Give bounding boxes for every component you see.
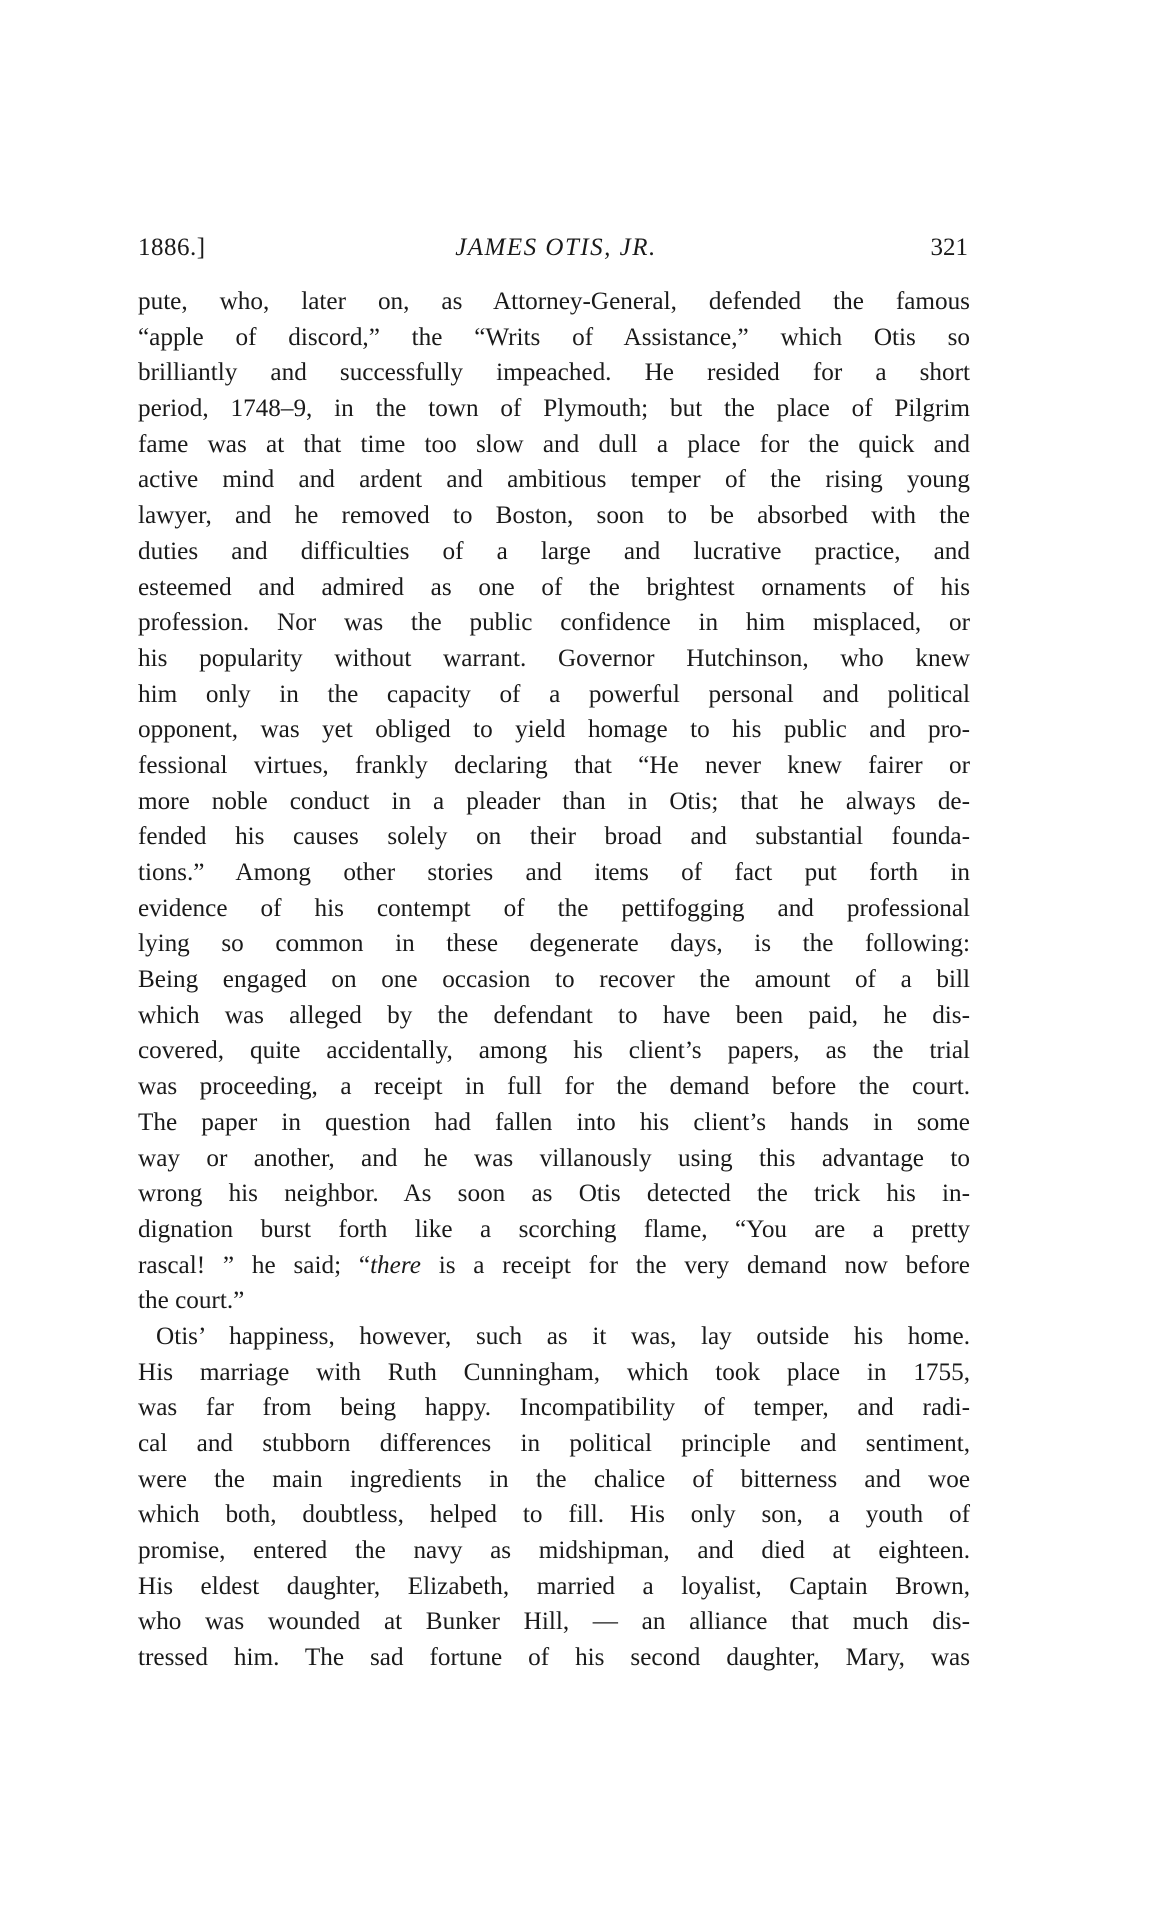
paragraph-1: pute, who, later on, as Attorney-General… [138,284,970,1319]
text-line: the court.” [138,1283,970,1319]
text-line: The paper in question had fallen into hi… [138,1105,970,1141]
text-line: active mind and ardent and ambitious tem… [138,462,970,498]
text-line: more noble conduct in a pleader than in … [138,784,970,820]
text-line: lawyer, and he removed to Boston, soon t… [138,498,970,534]
book-page: 1886.] JAMES OTIS, JR. 321 pute, who, la… [138,228,970,1676]
text-line: fended his causes solely on their broad … [138,819,970,855]
text-line: Otis’ happiness, however, such as it was… [138,1319,970,1355]
text-line: tions.” Among other stories and items of… [138,855,970,891]
text-line: which both, doubtless, helped to fill. H… [138,1497,970,1533]
page-number: 321 [931,228,969,268]
text-line: covered, quite accidentally, among his c… [138,1033,970,1069]
text-segment: rascal! ” he said; “ [138,1252,370,1279]
text-line: Being engaged on one occasion to recover… [138,962,970,998]
text-line: His marriage with Ruth Cunningham, which… [138,1355,970,1391]
text-line: who was wounded at Bunker Hill, — an all… [138,1604,970,1640]
text-line: profession. Nor was the public confidenc… [138,605,970,641]
text-line: lying so common in these degenerate days… [138,926,970,962]
text-line: promise, entered the navy as midshipman,… [138,1533,970,1569]
text-line: was far from being happy. Incompatibilit… [138,1390,970,1426]
text-line: duties and difficulties of a large and l… [138,534,970,570]
text-line: fessional virtues, frankly declaring tha… [138,748,970,784]
text-line: “apple of discord,” the “Writs of Assist… [138,320,970,356]
paragraph-2: Otis’ happiness, however, such as it was… [138,1319,970,1676]
text-line: which was alleged by the defendant to ha… [138,998,970,1034]
text-line: was proceeding, a receipt in full for th… [138,1069,970,1105]
body-text: pute, who, later on, as Attorney-General… [138,284,970,1676]
text-line: pute, who, later on, as Attorney-General… [138,284,970,320]
text-line: his popularity without warrant. Governor… [138,641,970,677]
text-line: fame was at that time too slow and dull … [138,427,970,463]
text-line: evidence of his contempt of the pettifog… [138,891,970,927]
text-line: opponent, was yet obliged to yield homag… [138,712,970,748]
running-head: 1886.] JAMES OTIS, JR. 321 [138,228,970,268]
running-head-title: JAMES OTIS, JR. [138,228,970,268]
text-line: His eldest daughter, Elizabeth, married … [138,1569,970,1605]
text-line: him only in the capacity of a powerful p… [138,677,970,713]
text-line: dignation burst forth like a scorching f… [138,1212,970,1248]
text-line: wrong his neighbor. As soon as Otis dete… [138,1176,970,1212]
text-segment: is a receipt for the very demand now bef… [421,1252,970,1279]
text-line: cal and stubborn differences in politica… [138,1426,970,1462]
text-line: tressed him. The sad fortune of his seco… [138,1640,970,1676]
text-line-with-italic: rascal! ” he said; “there is a receipt f… [138,1248,970,1284]
text-line: brilliantly and successfully impeached. … [138,355,970,391]
text-line: were the main ingredients in the chalice… [138,1462,970,1498]
text-line: period, 1748–9, in the town of Plymouth;… [138,391,970,427]
text-line: way or another, and he was villanously u… [138,1141,970,1177]
text-line: esteemed and admired as one of the brigh… [138,570,970,606]
italic-emphasis: there [370,1252,421,1279]
